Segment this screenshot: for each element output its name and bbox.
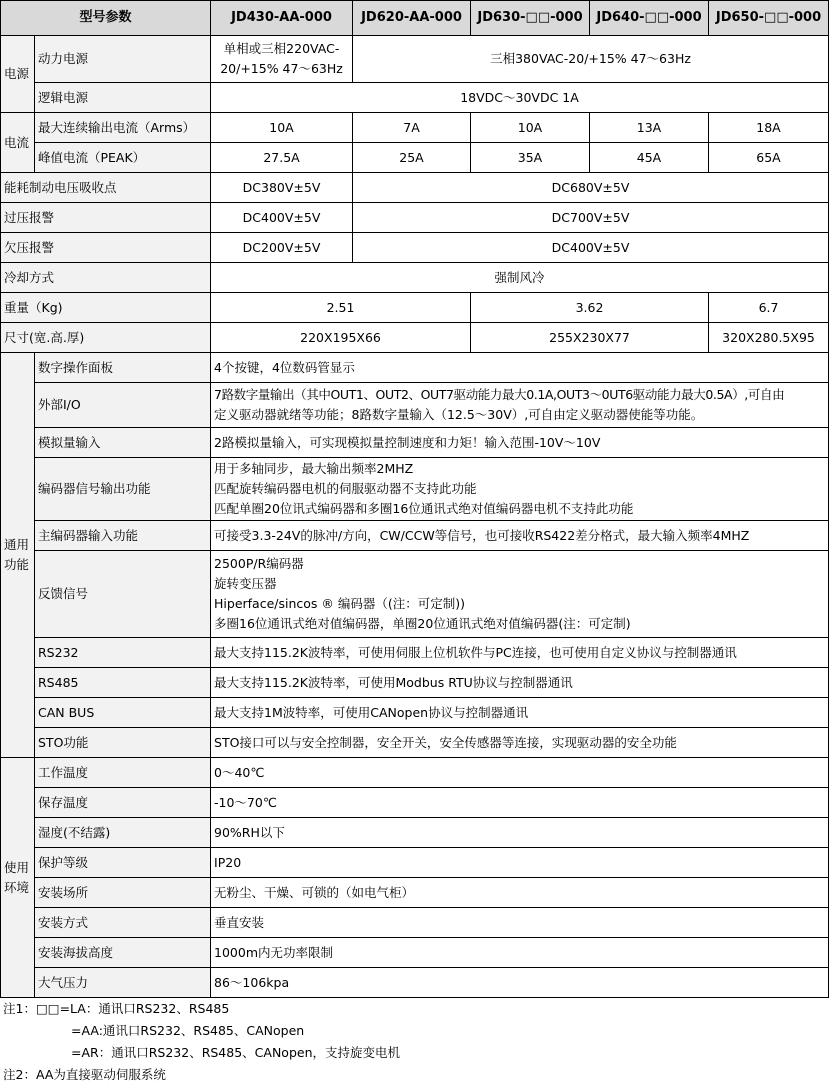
cell-value: 220X195X66 — [211, 323, 471, 353]
cell-value: 用于多轴同步，最大输出频率2MHZ 匹配旋转编码器电机的伺服驱动器不支持此功能 … — [211, 458, 829, 521]
cell-value: 2500P/R编码器 旋转变压器 Hiperface/sincos ® 编码器（… — [211, 551, 829, 638]
table-row: 反馈信号 2500P/R编码器 旋转变压器 Hiperface/sincos ®… — [1, 551, 829, 638]
cell-value: 单相或三相220VAC-20/+15% 47～63Hz — [211, 36, 353, 83]
table-row: 保存温度 -10～70℃ — [1, 788, 829, 818]
cell-value: 强制风冷 — [211, 263, 829, 293]
table-row: 峰值电流（PEAK） 27.5A 25A 35A 45A 65A — [1, 143, 829, 173]
model-header: JD620-AA-000 — [353, 1, 471, 36]
cell-value: 320X280.5X95 — [709, 323, 829, 353]
row-label: 重量（Kg) — [1, 293, 211, 323]
text-line: 用于多轴同步，最大输出频率2MHZ — [214, 459, 825, 479]
cell-value: 6.7 — [709, 293, 829, 323]
row-label: 动力电源 — [35, 36, 211, 83]
table-row: 模拟量输入 2路模拟量输入，可实现模拟量控制速度和力矩！输入范围-10V～10V — [1, 428, 829, 458]
cell-value: 90%RH以下 — [211, 818, 829, 848]
row-label: 保存温度 — [35, 788, 211, 818]
row-label: 主编码器输入功能 — [35, 521, 211, 551]
cell-value: 3.62 — [471, 293, 709, 323]
cell-value: 最大支持1M波特率，可使用CANopen协议与控制器通讯 — [211, 698, 829, 728]
table-row: 通用 功能 数字操作面板 4个按键，4位数码管显示 — [1, 353, 829, 383]
param-header: 型号参数 — [1, 1, 211, 36]
cell-value: 86～106kpa — [211, 968, 829, 998]
cell-value: DC680V±5V — [353, 173, 829, 203]
row-label: 最大连续输出电流（Arms） — [35, 113, 211, 143]
text-line: Hiperface/sincos ® 编码器（(注：可定制)) — [214, 594, 825, 614]
cell-value: 可接受3.3-24V的脉冲/方向，CW/CCW等信号，也可接收RS422差分格式… — [211, 521, 829, 551]
group-label-power: 电源 — [1, 36, 35, 113]
cell-value: 10A — [471, 113, 590, 143]
table-row: 使用 环境 工作温度 0～40℃ — [1, 758, 829, 788]
cell-value: 7A — [353, 113, 471, 143]
cell-value: 27.5A — [211, 143, 353, 173]
cell-value: 2路模拟量输入，可实现模拟量控制速度和力矩！输入范围-10V～10V — [211, 428, 829, 458]
cell-value: 10A — [211, 113, 353, 143]
row-label: 冷却方式 — [1, 263, 211, 293]
row-label: 编码器信号输出功能 — [35, 458, 211, 521]
cell-value: DC200V±5V — [211, 233, 353, 263]
cell-value: IP20 — [211, 848, 829, 878]
table-row: 安装场所 无粉尘、干燥、可锁的（如电气柜） — [1, 878, 829, 908]
row-label: 工作温度 — [35, 758, 211, 788]
table-row: 湿度(不结露) 90%RH以下 — [1, 818, 829, 848]
table-row: 安装方式 垂直安装 — [1, 908, 829, 938]
cell-value: 最大支持115.2K波特率，可使用Modbus RTU协议与控制器通讯 — [211, 668, 829, 698]
row-label: 安装方式 — [35, 908, 211, 938]
spec-table: 型号参数 JD430-AA-000 JD620-AA-000 JD630-□□-… — [0, 0, 829, 998]
table-row: 逻辑电源 18VDC～30VDC 1A — [1, 83, 829, 113]
model-header: JD650-□□-000 — [709, 1, 829, 36]
text-line: 旋转变压器 — [214, 574, 825, 594]
cell-value: 4个按键，4位数码管显示 — [211, 353, 829, 383]
cell-value: 7路数字量输出（其中OUT1、OUT2、OUT7驱动能力最大0.1A,OUT3～… — [211, 383, 829, 428]
row-label: 能耗制动电压吸收点 — [1, 173, 211, 203]
group-label-line: 使用 — [4, 858, 31, 878]
table-row: RS485 最大支持115.2K波特率，可使用Modbus RTU协议与控制器通… — [1, 668, 829, 698]
table-row: RS232 最大支持115.2K波特率，可使用伺服上位机软件与PC连接，也可使用… — [1, 638, 829, 668]
group-label-general: 通用 功能 — [1, 353, 35, 758]
text-line: 多圈16位通讯式绝对值编码器，单圈20位通讯式绝对值编码器(注：可定制) — [214, 614, 825, 634]
table-row: 电源 动力电源 单相或三相220VAC-20/+15% 47～63Hz 三相38… — [1, 36, 829, 83]
text-line: 定义驱动器就绪等功能；8路数字量输入（12.5～30V）,可自由定义驱动器使能等… — [214, 405, 825, 425]
cell-value: 0～40℃ — [211, 758, 829, 788]
row-label: STO功能 — [35, 728, 211, 758]
group-label-line: 环境 — [4, 878, 31, 898]
row-label: RS232 — [35, 638, 211, 668]
table-row: 大气压力 86～106kpa — [1, 968, 829, 998]
row-label: 保护等级 — [35, 848, 211, 878]
cell-value: 255X230X77 — [471, 323, 709, 353]
cell-value: 最大支持115.2K波特率，可使用伺服上位机软件与PC连接，也可使用自定义协议与… — [211, 638, 829, 668]
table-row: STO功能 STO接口可以与安全控制器，安全开关，安全传感器等连接，实现驱动器的… — [1, 728, 829, 758]
model-header: JD430-AA-000 — [211, 1, 353, 36]
text-line: 匹配单圈20位讯式编码器和多圈16位通讯式绝对值编码器电机不支持此功能 — [214, 499, 825, 519]
cell-value: 垂直安装 — [211, 908, 829, 938]
model-header: JD630-□□-000 — [471, 1, 590, 36]
table-row: 过压报警 DC400V±5V DC700V±5V — [1, 203, 829, 233]
cell-value: 三相380VAC-20/+15% 47～63Hz — [353, 36, 829, 83]
cell-value: 1000m内无功率限制 — [211, 938, 829, 968]
cell-value: DC380V±5V — [211, 173, 353, 203]
row-label: 模拟量输入 — [35, 428, 211, 458]
table-row: 重量（Kg) 2.51 3.62 6.7 — [1, 293, 829, 323]
cell-value: 2.51 — [211, 293, 471, 323]
row-label: 数字操作面板 — [35, 353, 211, 383]
cell-value: 18VDC～30VDC 1A — [211, 83, 829, 113]
row-label: 安装场所 — [35, 878, 211, 908]
table-row: 能耗制动电压吸收点 DC380V±5V DC680V±5V — [1, 173, 829, 203]
cell-value: STO接口可以与安全控制器，安全开关，安全传感器等连接，实现驱动器的安全功能 — [211, 728, 829, 758]
row-label: 反馈信号 — [35, 551, 211, 638]
note-1-cont: =AA:通讯口RS232、RS485、CANopen — [3, 1020, 829, 1042]
group-label-current: 电流 — [1, 113, 35, 173]
cell-value: 45A — [590, 143, 709, 173]
cell-value: 65A — [709, 143, 829, 173]
note-2: 注2：AA为直接驱动伺服系统 — [3, 1064, 829, 1086]
group-label-line: 功能 — [4, 555, 31, 575]
row-label: 逻辑电源 — [35, 83, 211, 113]
note-1: 注1：□□=LA：通讯口RS232、RS485 — [3, 998, 829, 1020]
row-label: 湿度(不结露) — [35, 818, 211, 848]
table-row: 电流 最大连续输出电流（Arms） 10A 7A 10A 13A 18A — [1, 113, 829, 143]
text-line: 7路数字量输出（其中OUT1、OUT2、OUT7驱动能力最大0.1A,OUT3～… — [214, 385, 825, 405]
row-label: CAN BUS — [35, 698, 211, 728]
cell-value: 13A — [590, 113, 709, 143]
row-label: 大气压力 — [35, 968, 211, 998]
table-row: CAN BUS 最大支持1M波特率，可使用CANopen协议与控制器通讯 — [1, 698, 829, 728]
row-label: RS485 — [35, 668, 211, 698]
row-label: 尺寸(宽.高.厚) — [1, 323, 211, 353]
row-label: 外部I/O — [35, 383, 211, 428]
header-row: 型号参数 JD430-AA-000 JD620-AA-000 JD630-□□-… — [1, 1, 829, 36]
row-label: 过压报警 — [1, 203, 211, 233]
footnotes: 注1：□□=LA：通讯口RS232、RS485 =AA:通讯口RS232、RS4… — [0, 998, 829, 1086]
text-line: 2500P/R编码器 — [214, 554, 825, 574]
cell-value: 无粉尘、干燥、可锁的（如电气柜） — [211, 878, 829, 908]
cell-value: 25A — [353, 143, 471, 173]
table-row: 保护等级 IP20 — [1, 848, 829, 878]
cell-value: DC400V±5V — [211, 203, 353, 233]
cell-value: DC400V±5V — [353, 233, 829, 263]
table-row: 欠压报警 DC200V±5V DC400V±5V — [1, 233, 829, 263]
row-label: 峰值电流（PEAK） — [35, 143, 211, 173]
cell-value: 18A — [709, 113, 829, 143]
table-row: 冷却方式 强制风冷 — [1, 263, 829, 293]
group-label-environment: 使用 环境 — [1, 758, 35, 998]
table-row: 外部I/O 7路数字量输出（其中OUT1、OUT2、OUT7驱动能力最大0.1A… — [1, 383, 829, 428]
table-row: 尺寸(宽.高.厚) 220X195X66 255X230X77 320X280.… — [1, 323, 829, 353]
row-label: 欠压报警 — [1, 233, 211, 263]
text-line: 匹配旋转编码器电机的伺服驱动器不支持此功能 — [214, 479, 825, 499]
cell-value: -10～70℃ — [211, 788, 829, 818]
model-header: JD640-□□-000 — [590, 1, 709, 36]
row-label: 安装海拔高度 — [35, 938, 211, 968]
note-1-cont: =AR：通讯口RS232、RS485、CANopen，支持旋变电机 — [3, 1042, 829, 1064]
table-row: 编码器信号输出功能 用于多轴同步，最大输出频率2MHZ 匹配旋转编码器电机的伺服… — [1, 458, 829, 521]
cell-value: 35A — [471, 143, 590, 173]
cell-value: DC700V±5V — [353, 203, 829, 233]
table-row: 主编码器输入功能 可接受3.3-24V的脉冲/方向，CW/CCW等信号，也可接收… — [1, 521, 829, 551]
table-row: 安装海拔高度 1000m内无功率限制 — [1, 938, 829, 968]
group-label-line: 通用 — [4, 535, 31, 555]
